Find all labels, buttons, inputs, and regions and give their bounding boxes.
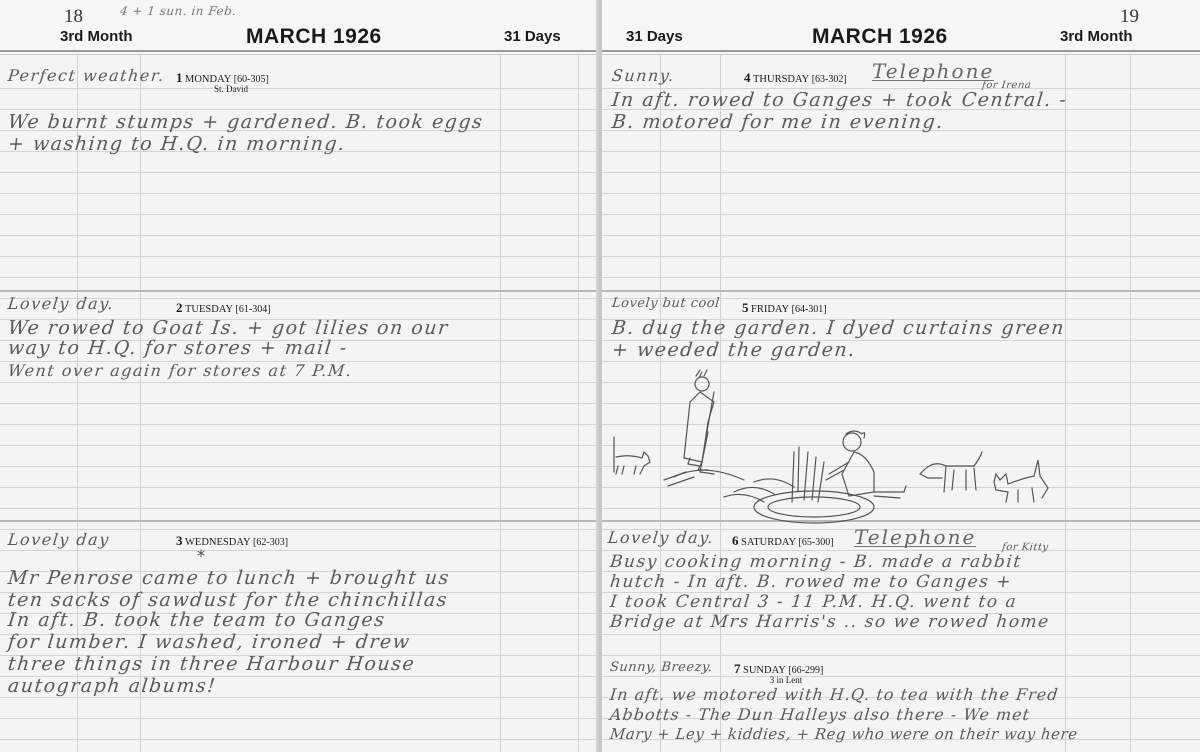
day-heading: 6 SATURDAY [65-300] [732,533,834,549]
entry-line: autograph albums! [7,676,218,697]
diary-spread: 18 4 + 1 sun. in Feb. 3rd Month MARCH 19… [0,0,1200,752]
entry-line: Abbotts - The Dun Halleys also there - W… [609,704,1031,725]
entry-line: way to H.Q. for stores + mail - [7,338,349,359]
entry-line: We burnt stumps + gardened. B. took eggs [7,112,485,133]
entry-line: In aft. B. took the team to Ganges [7,610,387,631]
entry-line: ten sacks of sawdust for the chinchillas [7,590,449,611]
entry-line: In aft. we motored with H.Q. to tea with… [609,684,1060,705]
day-heading: 7 SUNDAY [66-299] 3 in Lent [734,661,854,677]
day-heading: 1 MONDAY [60-305] St. David [176,70,286,86]
entry-line: for lumber. I washed, ironed + drew [7,632,412,653]
entry-line: hutch - In aft. B. rowed me to Ganges + [609,572,1013,593]
margin-note: 4 + 1 sun. in Feb. [119,4,237,18]
entry-line: Bridge at Mrs Harris's .. so we rowed ho… [609,612,1051,633]
month-label: 3rd Month [1060,28,1133,45]
woman-weeding-icon [826,431,906,498]
month-label: 3rd Month [60,28,133,45]
cat-icon [614,437,650,474]
cat-icon [994,460,1048,502]
entry-line: Went over again for stores at 7 P.M. [7,360,354,381]
page-number: 19 [1120,6,1139,28]
entry-line: I took Central 3 - 11 P.M. H.Q. went to … [609,592,1018,613]
weather-note: Lovely but cool [611,296,720,311]
observance: St. David [176,84,276,94]
telephone-note: Telephone [872,62,994,81]
entry-line: + washing to H.Q. in morning. [7,134,347,155]
days-label: 31 Days [504,28,561,45]
entry-line: We rowed to Goat Is. + got lilies on our [7,318,450,339]
entry-line: three things in three Harbour House [7,654,416,675]
dog-icon [920,452,982,492]
pencil-sketch-illustration [604,362,1064,527]
bush-icon [724,447,874,523]
weather-note: Lovely day. [607,528,715,547]
man-digging-icon [664,370,744,486]
page-number: 18 [64,6,83,28]
days-label: 31 Days [626,28,683,45]
day-heading: 3 WEDNESDAY [62-303] [176,533,288,549]
entry-line: Mr Penrose came to lunch + brought us [7,568,451,589]
day-heading: 2 TUESDAY [61-304] [176,300,271,316]
left-page: 18 4 + 1 sun. in Feb. 3rd Month MARCH 19… [0,0,598,752]
weather-note: Lovely day. [7,294,115,313]
asterisk-mark: * [197,546,205,565]
weather-note: Perfect weather. [7,66,166,85]
weather-note: Sunny, Breezy. [609,660,713,675]
telephone-note: Telephone [854,528,976,547]
entry-line: B. dug the garden. I dyed curtains green [611,318,1066,339]
weather-note: Lovely day [7,530,111,549]
month-title: MARCH 1926 [246,25,382,49]
month-title: MARCH 1926 [812,25,948,49]
entry-line: In aft. rowed to Ganges + took Central. … [611,90,1069,111]
weather-note: Sunny. [611,66,676,85]
entry-line: Busy cooking morning - B. made a rabbit [609,552,1023,573]
entry-line: + weeded the garden. [611,340,857,361]
entry-line: B. motored for me in evening. [611,112,945,133]
day-heading: 5 FRIDAY [64-301] [742,300,827,316]
day-heading: 4 THURSDAY [63-302] [744,70,847,86]
entry-line: Mary + Ley + kiddies, + Reg who were on … [609,724,1079,745]
